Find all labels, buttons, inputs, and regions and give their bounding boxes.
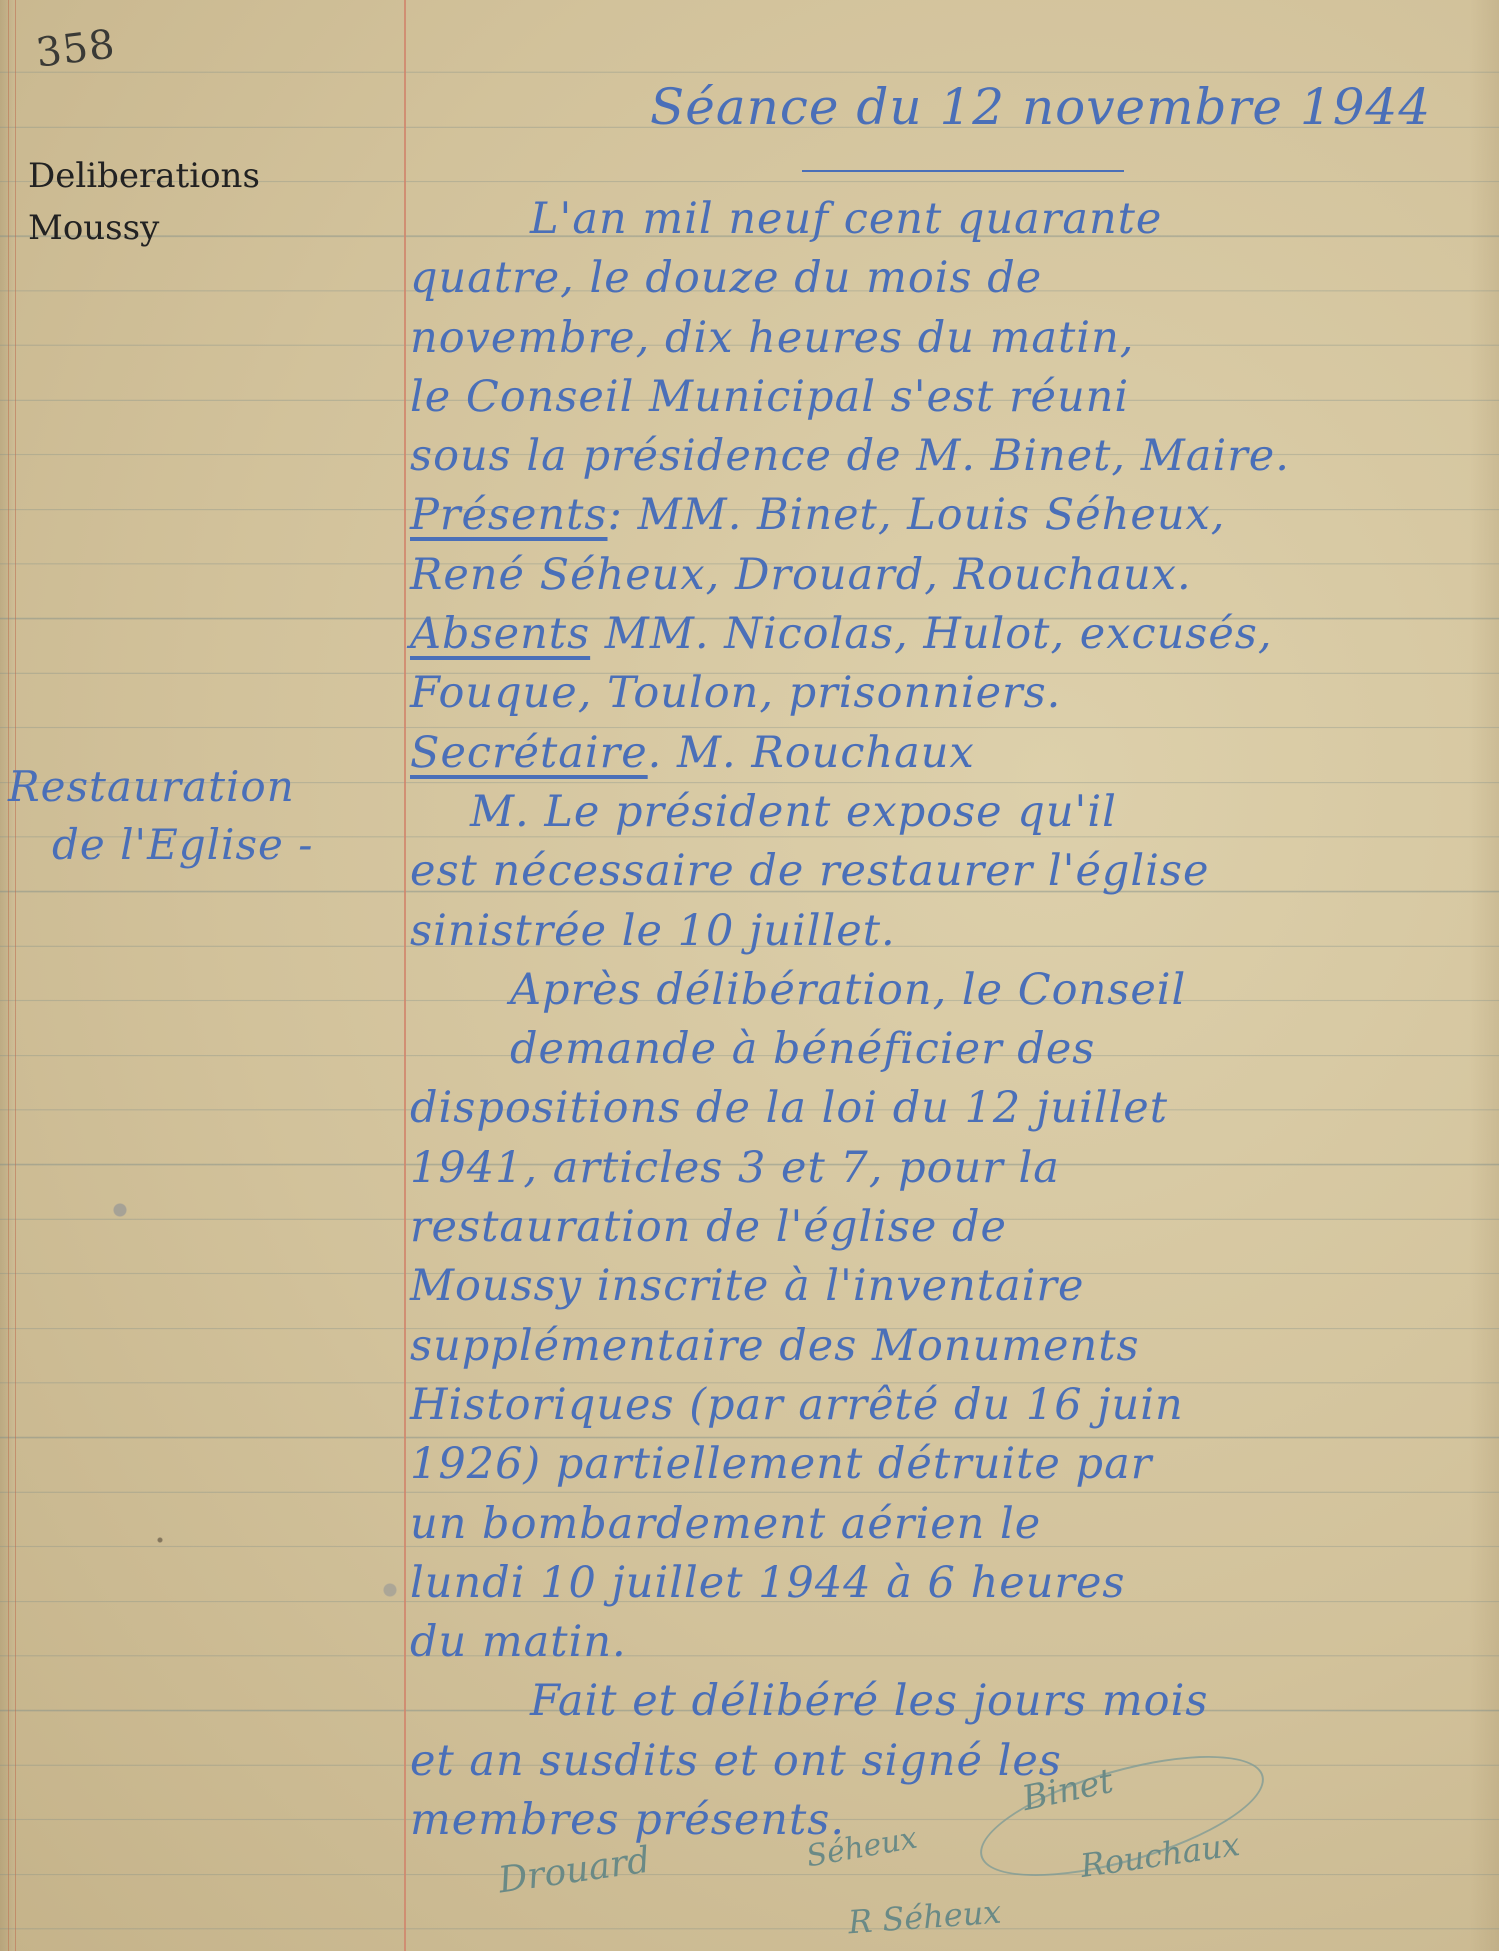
signatures-block: Drouard Séheux Binet Rouchaux R Séheux (0, 0, 1499, 1951)
signature-drouard: Drouard (496, 1840, 653, 1902)
register-page: 358 Deliberations Moussy Restauration de… (0, 0, 1499, 1951)
signature-r-seheux: R Séheux (847, 1893, 1003, 1942)
signature-seheux: Séheux (804, 1821, 920, 1875)
